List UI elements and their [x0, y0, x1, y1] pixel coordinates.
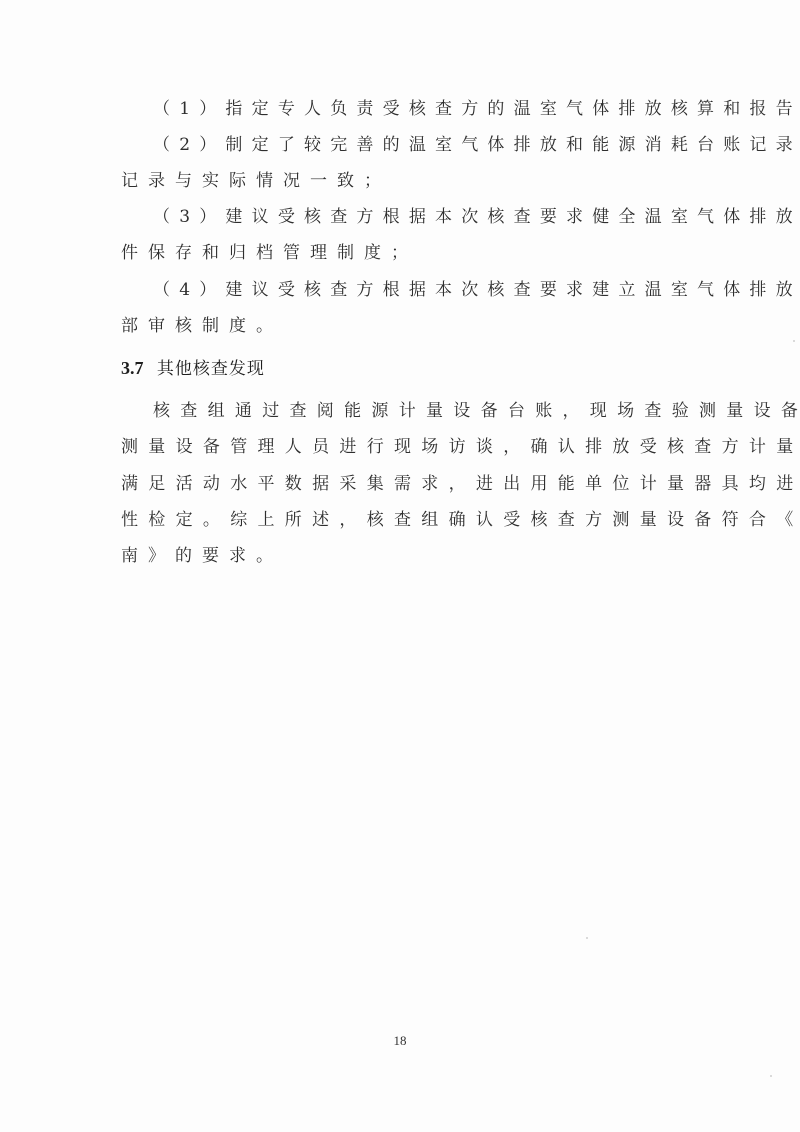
scan-speck: [770, 1075, 772, 1077]
list-item-1-line-1: （1）指定专人负责受核查方的温室气体排放核算和报告工作；: [153, 91, 713, 127]
list-item-2-line-1: （2）制定了较完善的温室气体排放和能源消耗台账记录，台账: [153, 127, 713, 163]
section-number: 3.7: [121, 358, 144, 378]
paragraph-line-3: 满足活动水平数据采集需求，进出用能单位计量器具均进行了周期: [121, 466, 681, 502]
list-item-3-line-1: （3）建议受核查方根据本次核查要求健全温室气体排放数据文: [153, 199, 713, 235]
scan-speck: [586, 937, 588, 939]
list-item-3-line-2: 件保存和归档管理制度；: [121, 235, 681, 271]
document-page: （1）指定专人负责受核查方的温室气体排放核算和报告工作； （2）制定了较完善的温…: [0, 0, 800, 1132]
section-title: 其他核查发现: [157, 359, 265, 379]
list-item-4-line-2: 部审核制度。: [121, 308, 681, 344]
paragraph-line-2: 测量设备管理人员进行现场访谈，确认排放受核查方计量设备能够: [121, 429, 681, 465]
page-number: 18: [0, 1033, 800, 1049]
paragraph-line-1: 核查组通过查阅能源计量设备台账，现场查验测量设备，并且对: [153, 393, 713, 429]
paragraph-line-5: 南》的要求。: [121, 538, 681, 574]
scan-speck: [793, 340, 795, 342]
list-item-4-line-1: （4）建议受核查方根据本次核查要求建立温室气体排放报告内: [153, 272, 713, 308]
paragraph-line-4: 性检定。综上所述，核查组确认受核查方测量设备符合《核算指: [121, 502, 681, 538]
list-item-2-line-2: 记录与实际情况一致；: [121, 163, 681, 199]
section-heading: 3.7 其他核查发现: [121, 350, 265, 386]
